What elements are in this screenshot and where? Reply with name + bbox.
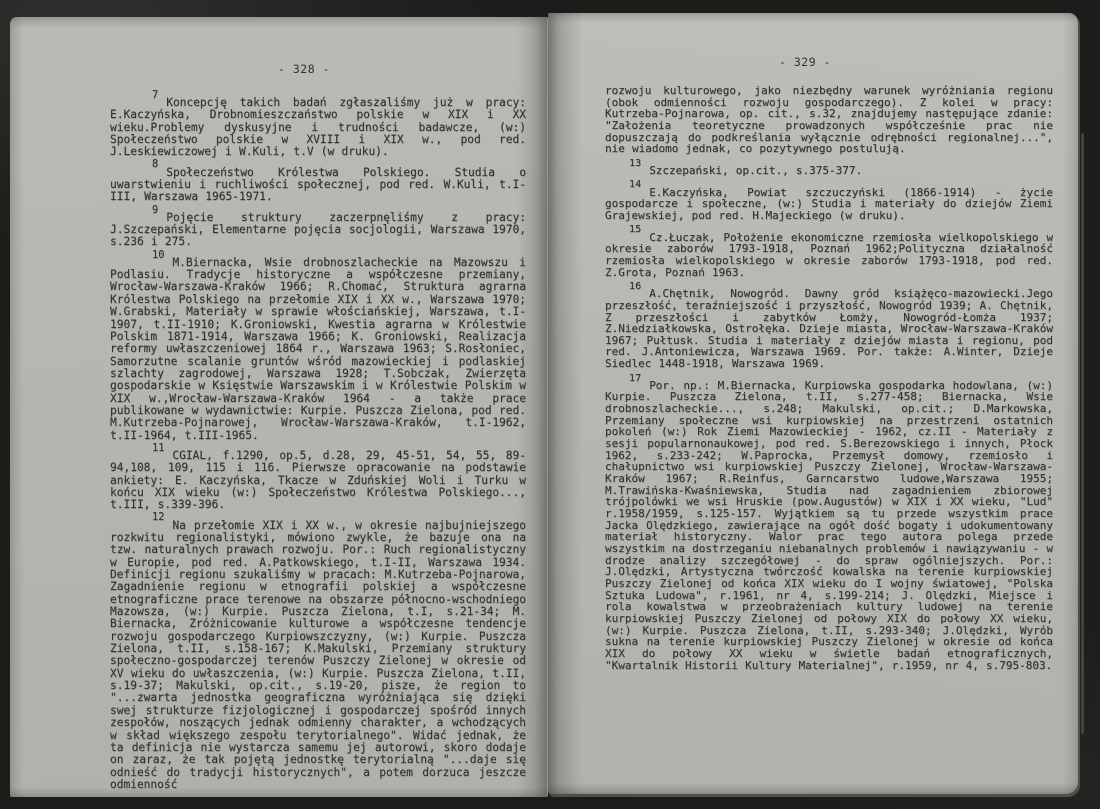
footnote-text: E.Kaczyńska, Powiat szczuczyński (1866-1…: [605, 186, 1053, 222]
footnote-text: Por. np.: M.Biernacka, Kurpiowska gospod…: [605, 379, 1053, 672]
footnote-marker: 8: [152, 158, 158, 170]
footnote-text: Szczepański, op.cit., s.375-377.: [649, 164, 862, 177]
footnote-8: 8Społeczeństwo Królestwa Polskiego. Stud…: [110, 167, 526, 204]
footnote-text: Cz.Łuczak, Położenie ekonomiczne rzemios…: [605, 231, 1053, 279]
footnote-text: M.Biernacka, Wsie drobnoszlacheckie na M…: [110, 256, 526, 442]
page-328: - 328 - 7Koncepcję takich badań zgłaszal…: [10, 17, 548, 797]
footnote-marker: 17: [629, 373, 641, 384]
footnote-15: 15Cz.Łuczak, Położenie ekonomiczne rzemi…: [605, 232, 1053, 279]
footnote-marker: 9: [152, 204, 158, 216]
footnote-text: Na przełomie XIX i XX w., w okresie najb…: [110, 519, 526, 791]
footnote-text: A.Chętnik, Nowogród. Dawny gród książęco…: [605, 287, 1053, 370]
footnote-text: Społeczeństwo Królestwa Polskiego. Studi…: [110, 166, 526, 204]
footnote-13: 13Szczepański, op.cit., s.375-377.: [605, 165, 1053, 177]
footnote-text: Koncepcję takich badań zgłaszaliśmy już …: [110, 96, 526, 158]
footnote-marker: 14: [629, 179, 641, 190]
footnote-marker: 16: [629, 281, 641, 292]
footnote-marker: 7: [152, 89, 158, 101]
footnote-17: 17Por. np.: M.Biernacka, Kurpiowska gosp…: [605, 380, 1053, 671]
footnote-16: 16A.Chętnik, Nowogród. Dawny gród książę…: [605, 288, 1053, 370]
page-number-left: - 328 -: [96, 62, 512, 76]
footnote-14: 14E.Kaczyńska, Powiat szczuczyński (1866…: [605, 187, 1053, 222]
footnote-7: 7Koncepcję takich badań zgłaszaliśmy już…: [110, 97, 526, 159]
footnote-text: CGIAL, f.1290, op.5, d.28, 29, 45-51, 54…: [110, 449, 526, 511]
footnote-marker: 11: [152, 442, 164, 454]
continuation-paragraph: rozwoju kulturowego, jako niezbędny waru…: [605, 85, 1053, 155]
page-329-text-column: - 329 - rozwoju kulturowego, jako niezbę…: [605, 55, 1053, 671]
footnote-marker: 12: [152, 511, 164, 523]
footnote-11: 11CGIAL, f.1290, op.5, d.28, 29, 45-51, …: [110, 450, 526, 512]
page-328-text-column: - 328 - 7Koncepcję takich badań zgłaszal…: [110, 62, 526, 791]
page-329: - 329 - rozwoju kulturowego, jako niezbę…: [548, 13, 1078, 794]
page-number-right: - 329 -: [581, 55, 1029, 69]
book-scan: - 328 - 7Koncepcję takich badań zgłaszal…: [0, 0, 1100, 809]
footnote-text: Pojęcie struktury zaczerpnęliśmy z pracy…: [110, 211, 526, 249]
footnote-9: 9Pojęcie struktury zaczerpnęliśmy z prac…: [110, 212, 526, 249]
footnote-marker: 15: [629, 224, 641, 235]
footnote-marker: 13: [629, 158, 641, 169]
footnote-12: 12Na przełomie XIX i XX w., w okresie na…: [110, 520, 526, 792]
footnote-10: 10M.Biernacka, Wsie drobnoszlacheckie na…: [110, 257, 526, 442]
footnote-marker: 10: [152, 249, 164, 261]
